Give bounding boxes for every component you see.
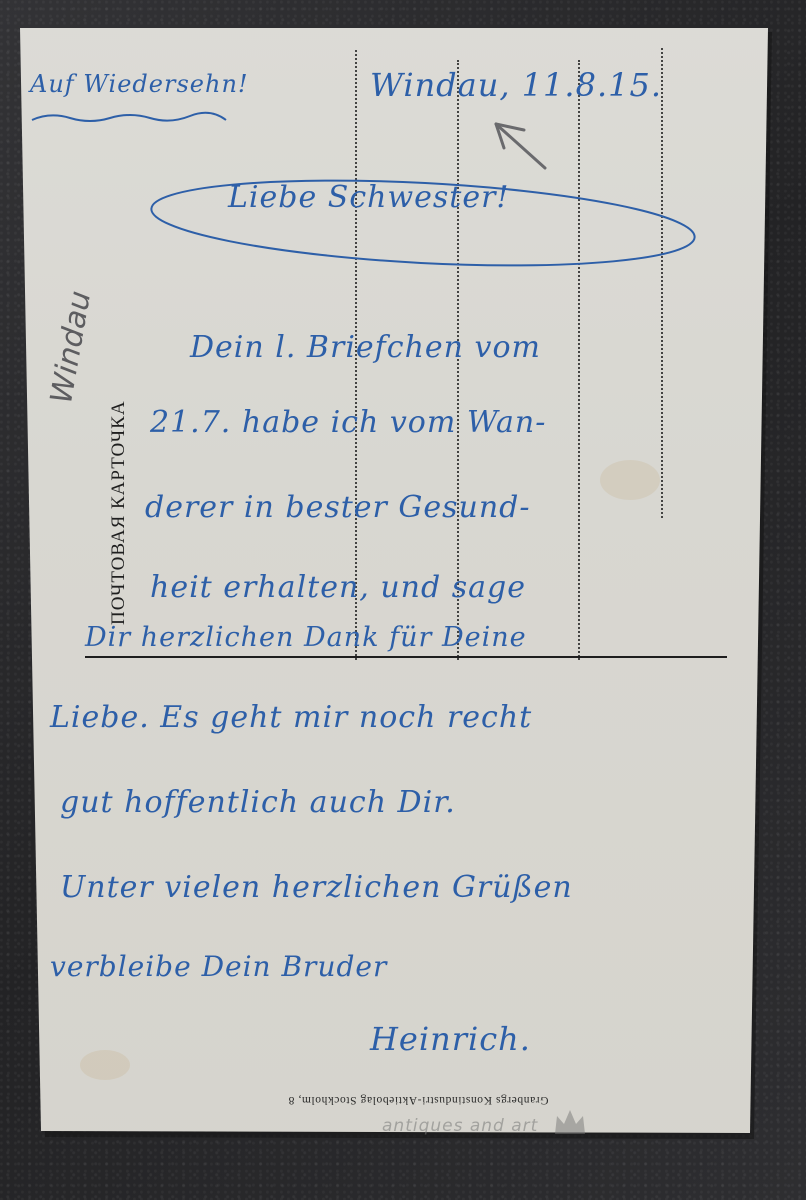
dotted-divider [661, 48, 663, 518]
header-note: Auf Wiedersehn! [30, 70, 249, 98]
body-line: heit erhalten, und sage [150, 570, 526, 605]
salutation: Liebe Schwester! [228, 180, 509, 215]
signature: Heinrich. [370, 1020, 531, 1058]
crown-watermark-icon [553, 1108, 587, 1138]
body-line: Dir herzlichen Dank für Deine [85, 622, 527, 653]
body-line: derer in bester Gesund- [145, 490, 531, 525]
dotted-divider [578, 60, 580, 660]
pencil-arrow-icon [490, 118, 560, 178]
body-line: Dein l. Briefchen vom [190, 330, 541, 365]
horizontal-divider [85, 656, 727, 658]
body-line: verbleibe Dein Bruder [50, 950, 387, 983]
paper-stain [80, 1050, 130, 1080]
watermark: antiques and art [382, 1116, 538, 1136]
paper-stain [600, 460, 660, 500]
body-line: 21.7. habe ich vom Wan- [150, 405, 546, 440]
printed-title: ПОЧТОВАЯ КАРТОЧКА [108, 400, 130, 625]
wavy-underline [30, 108, 230, 128]
place-date: Windau, 11.8.15. [370, 66, 662, 104]
body-line: gut hoffentlich auch Dir. [60, 785, 456, 820]
publisher-imprint: Granbergs Konstindustri-Aktiebolag Stock… [288, 1094, 549, 1106]
body-line: Unter vielen herzlichen Grüßen [60, 870, 573, 905]
body-line: Liebe. Es geht mir noch recht [50, 700, 532, 735]
